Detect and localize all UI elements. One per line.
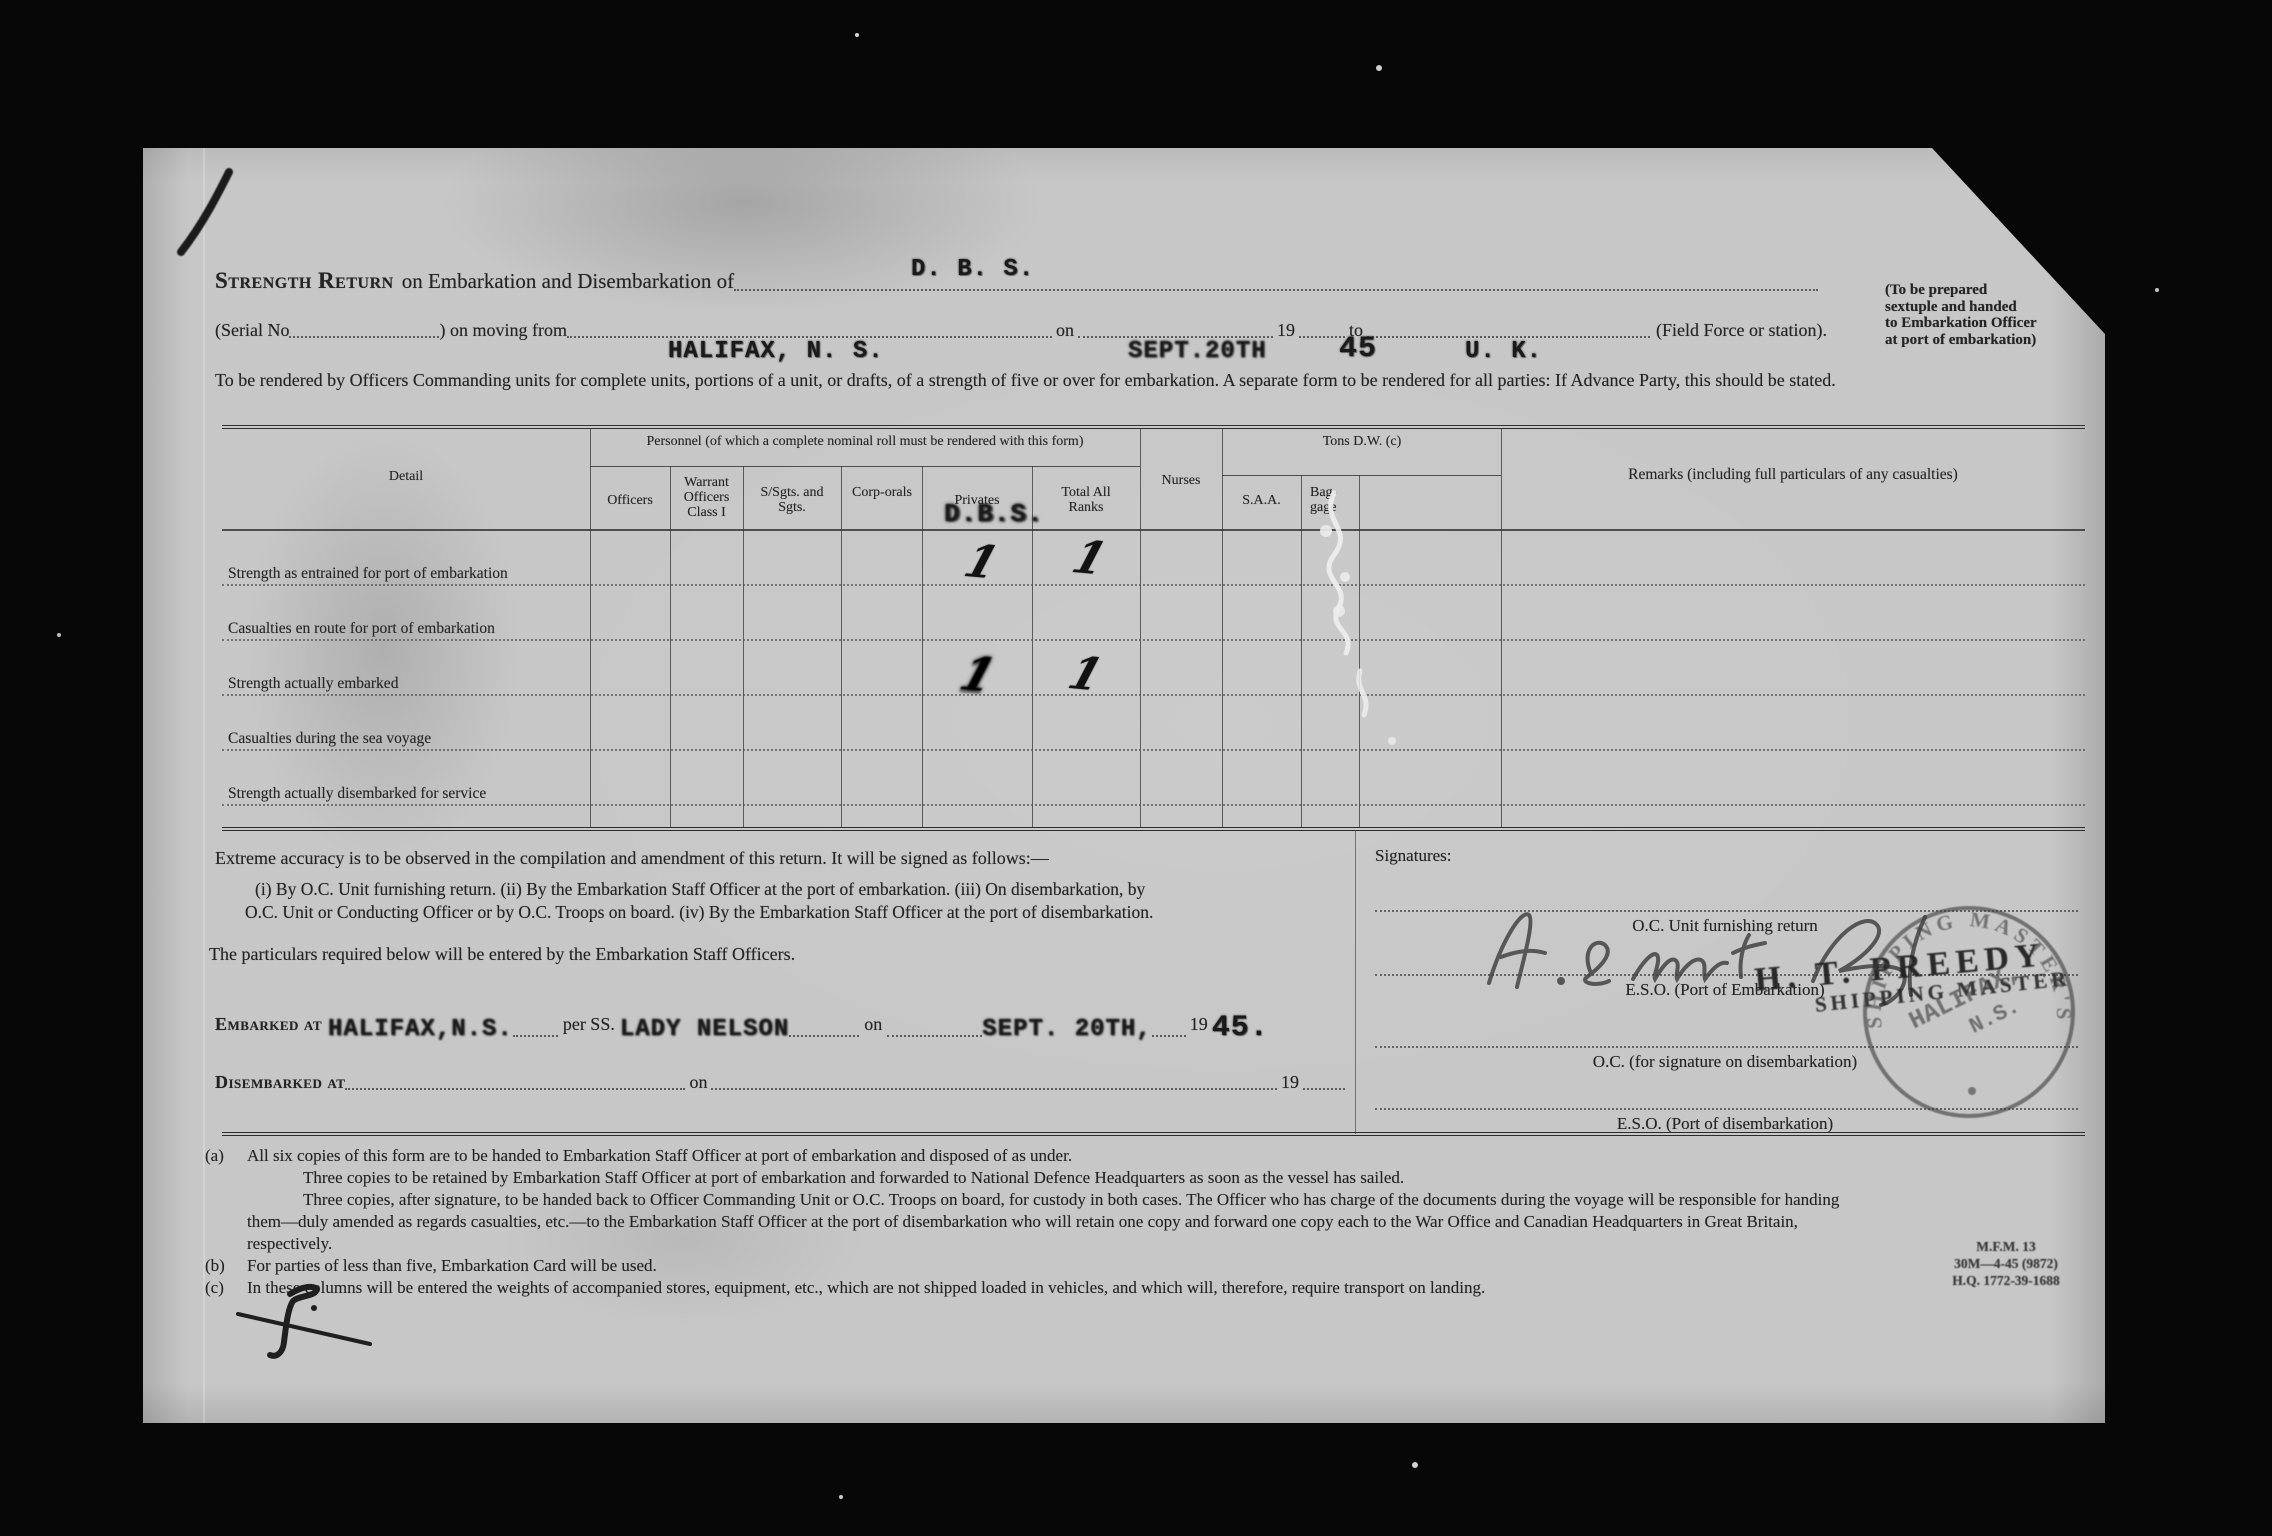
embarked-line: Embarked at HALIFAX,N.S. per SS. LADY NE… bbox=[215, 1006, 1335, 1040]
from-typed-value: HALIFAX, N. S. bbox=[668, 338, 884, 365]
note-a-line: Three copies to be retained by Embarkati… bbox=[303, 1168, 1404, 1188]
col-rule bbox=[1501, 429, 1502, 827]
form-reference-block: M.F.M. 13 30M—4-45 (9872) H.Q. 1772-39-1… bbox=[1891, 1238, 2121, 1289]
form-ref-line: M.F.M. 13 bbox=[1891, 1238, 2121, 1255]
form-page: (To be prepared sextuple and handed to E… bbox=[143, 148, 2105, 1423]
personnel-underline bbox=[590, 466, 1140, 467]
row-label: Strength actually embarked bbox=[228, 675, 398, 693]
destination-typed-value: U. K. bbox=[1465, 338, 1542, 365]
detail-header: Detail bbox=[222, 469, 590, 484]
corner-note-line: sextuple and handed bbox=[1885, 299, 2037, 316]
tons-header: Tons D.W. (c) bbox=[1317, 434, 1407, 449]
form-title: Strength Return bbox=[215, 268, 394, 294]
blank bbox=[1152, 1033, 1186, 1037]
blank bbox=[1303, 1086, 1345, 1090]
note-a-label: (a) bbox=[205, 1146, 224, 1166]
embarked-year-typed: 45. bbox=[1212, 1011, 1269, 1045]
moving-from-label: ) on moving from bbox=[439, 320, 567, 341]
form-ref-line: H.Q. 1772-39-1688 bbox=[1891, 1272, 2121, 1289]
row-label: Casualties en route for port of embarkat… bbox=[228, 620, 495, 638]
nurses-header: Nurses bbox=[1140, 473, 1222, 488]
tons-underline bbox=[1222, 475, 1501, 476]
page-crease bbox=[203, 148, 205, 1423]
signatures-divider bbox=[1355, 830, 1356, 1134]
corner-note: (To be prepared sextuple and handed to E… bbox=[1885, 282, 2037, 348]
accuracy-note: Extreme accuracy is to be observed in th… bbox=[215, 848, 1049, 869]
note-a-line: respectively. bbox=[247, 1234, 332, 1254]
note-a-line: Three copies, after signature, to be han… bbox=[303, 1190, 1839, 1210]
particulars-note: The particulars required below will be e… bbox=[209, 944, 795, 965]
section-rule bbox=[222, 1132, 2085, 1136]
embarked-total-value: 1 bbox=[1063, 652, 1107, 699]
station-label: (Field Force or station). bbox=[1656, 320, 1827, 341]
handwritten-page-number bbox=[167, 164, 239, 260]
form-title-rest: on Embarkation and Disembarkation of bbox=[402, 269, 734, 294]
ship-typed: LADY NELSON bbox=[620, 1016, 789, 1043]
disembarked-year-prefix: 19 bbox=[1277, 1072, 1303, 1093]
dotted-rule bbox=[734, 287, 1818, 291]
officers-header: Officers bbox=[590, 493, 670, 508]
serial-blank bbox=[289, 334, 439, 338]
row-rule bbox=[222, 639, 2085, 641]
note-b-label: (b) bbox=[205, 1256, 225, 1276]
shipping-master-round-stamp: SHIPPING MASTER'S OFFICE HALIFAX, N.S. bbox=[1840, 881, 2098, 1139]
embarked-privates-value: 1 bbox=[955, 650, 1001, 699]
corner-note-line: (To be prepared bbox=[1885, 282, 2037, 299]
embarked-date-typed: SEPT. 20TH, bbox=[982, 1016, 1151, 1043]
year-typed-value: 45 bbox=[1339, 332, 1377, 366]
embarked-label: Embarked at bbox=[215, 1014, 322, 1035]
row-rule bbox=[222, 804, 2085, 806]
handwritten-mark bbox=[218, 1276, 408, 1368]
row-rule bbox=[222, 749, 2085, 751]
unit-stamp-typed: D.B.S. bbox=[944, 499, 1044, 529]
on-label: on bbox=[1052, 320, 1078, 341]
remarks-header: Remarks (including full particulars of a… bbox=[1501, 467, 2085, 482]
corporals-header: Corp-orals bbox=[847, 485, 917, 500]
total-ranks-header: Total All Ranks bbox=[1044, 485, 1128, 515]
row-rule bbox=[222, 694, 2085, 696]
per-ss-label: per SS. bbox=[558, 1014, 620, 1035]
note-c-text: In these columns will be entered the wei… bbox=[247, 1278, 1485, 1298]
col-rule bbox=[1222, 429, 1223, 827]
entrained-privates-value: 1 bbox=[959, 540, 1003, 587]
warrant-officers-header: Warrant Officers Class I bbox=[672, 475, 741, 520]
ssgts-header: S/Sgts. and Sgts. bbox=[749, 485, 835, 515]
col-rule bbox=[841, 466, 842, 827]
disembarked-line: Disembarked at on 19 bbox=[215, 1072, 1345, 1093]
col-rule bbox=[590, 429, 591, 827]
personnel-header: Personnel (of which a complete nominal r… bbox=[602, 434, 1128, 449]
signing-clause-line2: O.C. Unit or Conducting Officer or by O.… bbox=[245, 902, 1153, 923]
blank bbox=[789, 1033, 859, 1037]
film-dust-specks bbox=[855, 33, 859, 37]
film-scratch bbox=[1242, 479, 1422, 769]
scanned-film-frame: { "header": { "page_mark": "1", "corner_… bbox=[0, 0, 2272, 1536]
col-rule bbox=[1140, 429, 1141, 827]
row-label: Casualties during the sea voyage bbox=[228, 730, 431, 748]
disembarked-on-label: on bbox=[685, 1072, 711, 1093]
blank bbox=[887, 1033, 982, 1037]
serial-label: (Serial No bbox=[215, 320, 289, 341]
embarked-on-label: on bbox=[859, 1014, 887, 1035]
embarked-year-prefix: 19 bbox=[1186, 1014, 1212, 1035]
embarked-place-typed: HALIFAX,N.S. bbox=[328, 1016, 513, 1043]
entrained-total-value: 1 bbox=[1067, 536, 1111, 583]
note-a-line: them—duly amended as regards casualties,… bbox=[247, 1212, 1798, 1232]
date-typed-value: SEPT.20TH bbox=[1128, 338, 1267, 365]
corner-note-line: at port of embarkation) bbox=[1885, 332, 2037, 349]
blank bbox=[513, 1033, 558, 1037]
serial-line: (Serial No ) on moving from on 19 to (Fi… bbox=[215, 320, 1827, 341]
disembarked-label: Disembarked at bbox=[215, 1072, 345, 1093]
blank bbox=[711, 1086, 1277, 1090]
col-rule bbox=[922, 466, 923, 827]
note-a-line: All six copies of this form are to be ha… bbox=[247, 1146, 1072, 1166]
year-prefix: 19 bbox=[1273, 320, 1299, 341]
blank bbox=[345, 1086, 685, 1090]
unit-typed-value: D. B. S. bbox=[911, 256, 1034, 283]
col-rule bbox=[743, 466, 744, 827]
col-rule bbox=[670, 466, 671, 827]
signatures-heading: Signatures: bbox=[1375, 846, 1452, 866]
row-rule bbox=[222, 584, 2085, 586]
corner-note-line: to Embarkation Officer bbox=[1885, 315, 2037, 332]
row-label: Strength actually disembarked for servic… bbox=[228, 785, 486, 803]
row-label: Strength as entrained for port of embark… bbox=[228, 565, 508, 583]
header-bottom-rule bbox=[222, 529, 2085, 531]
note-b-text: For parties of less than five, Embarkati… bbox=[247, 1256, 657, 1276]
strength-table: Detail Personnel (of which a complete no… bbox=[222, 425, 2085, 831]
form-ref-line: 30M—4-45 (9872) bbox=[1891, 1255, 2121, 1272]
signing-clause-line1: (i) By O.C. Unit furnishing return. (ii)… bbox=[255, 879, 1145, 900]
render-note: To be rendered by Officers Commanding un… bbox=[215, 370, 1857, 392]
